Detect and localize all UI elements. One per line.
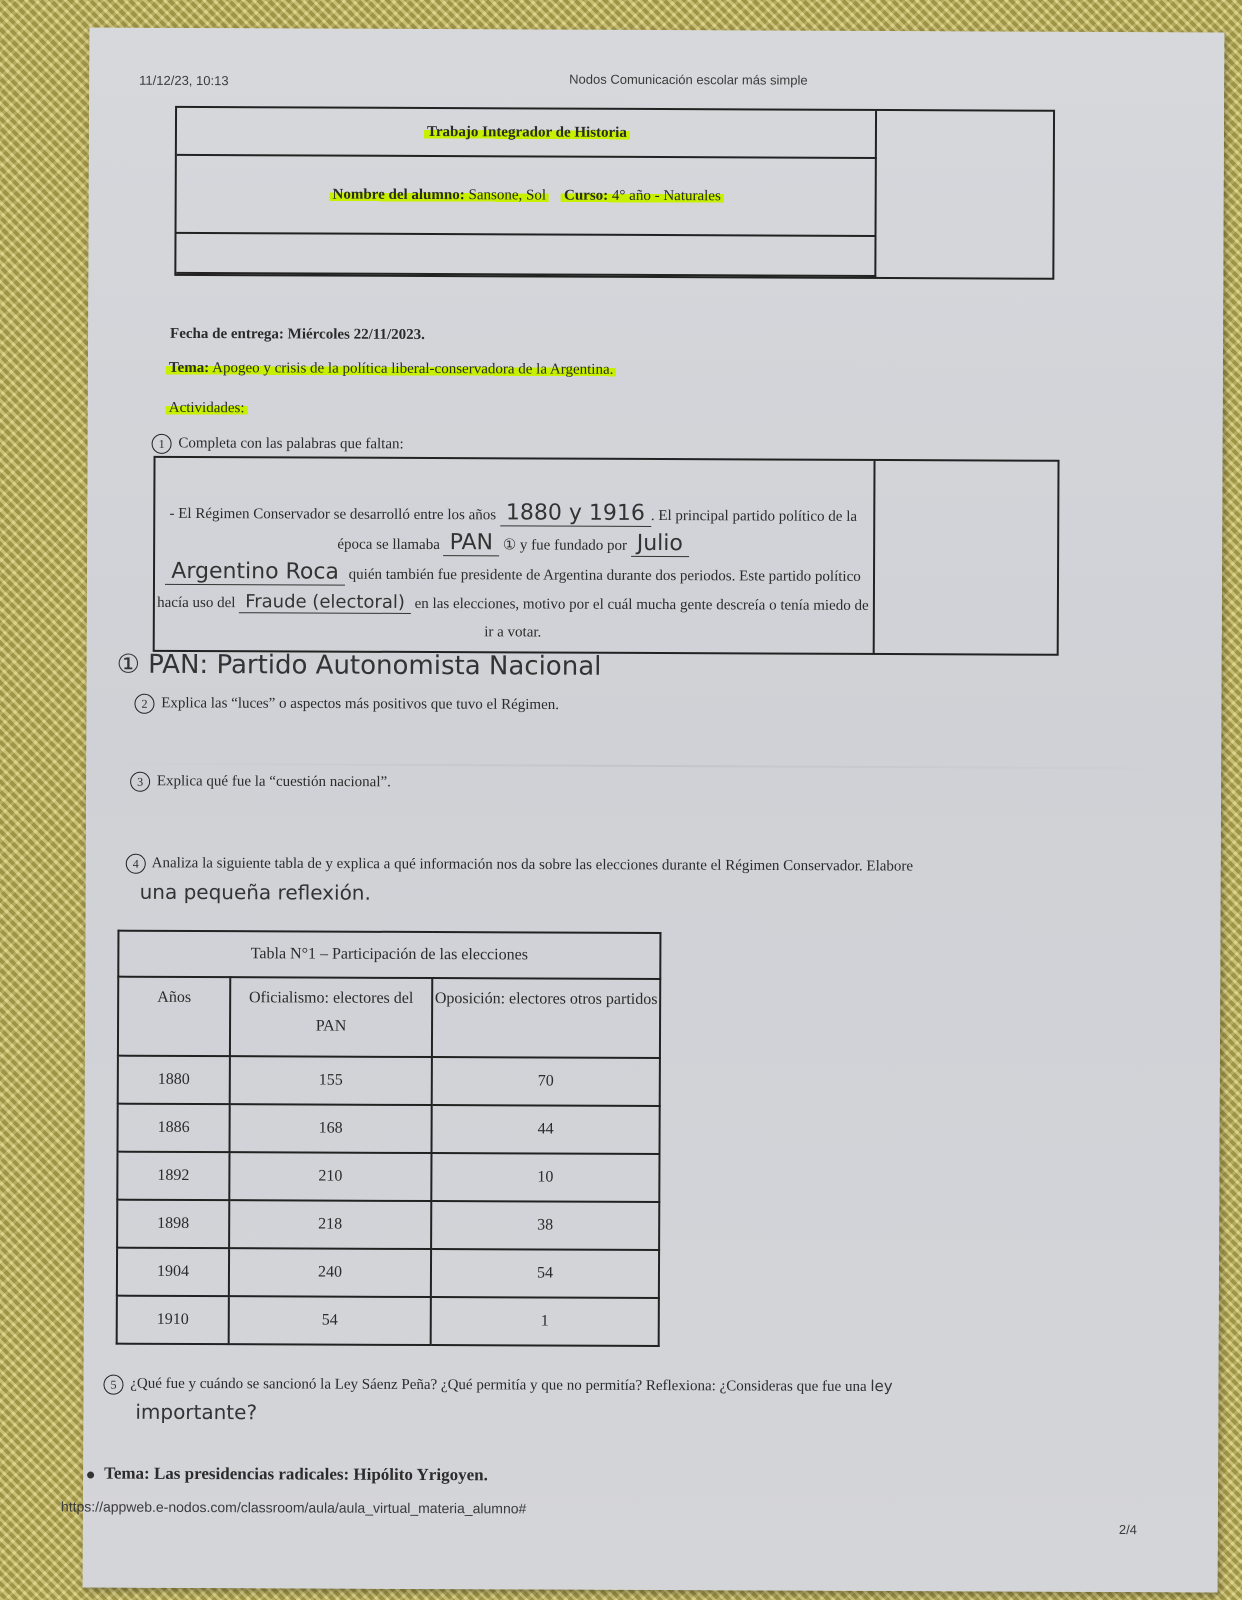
cell-year: 1880 bbox=[118, 1056, 230, 1104]
cell-opposition: 54 bbox=[431, 1249, 659, 1298]
print-url: https://appweb.e-nodos.com/classroom/aul… bbox=[61, 1498, 526, 1516]
activity-1-prompt: 1 Completa con las palabras que faltan: bbox=[152, 434, 404, 455]
cell-opposition: 1 bbox=[431, 1297, 659, 1346]
cell-opposition: 10 bbox=[431, 1153, 659, 1202]
header-box: Trabajo Integrador de Historia Nombre de… bbox=[174, 106, 1055, 280]
printed-page: 11/12/23, 10:13 Nodos Comunicación escol… bbox=[83, 28, 1225, 1593]
handwritten-footnote: ① PAN: Partido Autonomista Nacional bbox=[117, 650, 602, 682]
header-opposition: Oposición: electores otros partidos bbox=[432, 978, 660, 1058]
course-info: Curso: 4° año - Naturales bbox=[561, 187, 724, 205]
activity-2: 2 Explica las “luces” o aspectos más pos… bbox=[134, 694, 559, 716]
activity-2-text: Explica las “luces” o aspectos más posit… bbox=[161, 695, 559, 713]
activities-heading: Actividades: bbox=[166, 400, 248, 417]
cell-year: 1886 bbox=[118, 1104, 230, 1152]
fill-in-text: - El Régimen Conservador se desarrolló e… bbox=[155, 498, 872, 648]
fill-text-part-1: - El Régimen Conservador se desarrolló e… bbox=[169, 506, 496, 523]
activity-5-handwritten: importante? bbox=[135, 1400, 257, 1425]
table-row: 190424054 bbox=[117, 1248, 659, 1298]
paper-fold bbox=[86, 763, 1221, 770]
header-officialism: Oficialismo: electores del PAN bbox=[230, 977, 432, 1057]
header-side-cell bbox=[874, 111, 1053, 278]
activity-4-handwritten: una pequeña reflexión. bbox=[140, 880, 371, 905]
table-row: 189821838 bbox=[117, 1200, 659, 1250]
cell-officialism: 155 bbox=[230, 1056, 432, 1105]
header-years: Años bbox=[118, 977, 230, 1056]
activity-4-text: Analiza la siguiente tabla de y explica … bbox=[152, 855, 913, 874]
header-title-row: Trabajo Integrador de Historia bbox=[177, 108, 877, 159]
cell-officialism: 240 bbox=[229, 1248, 431, 1297]
cell-opposition: 38 bbox=[431, 1201, 659, 1250]
activity-5-text: ¿Qué fue y cuándo se sancionó la Ley Sáe… bbox=[130, 1376, 866, 1395]
cell-officialism: 210 bbox=[229, 1152, 431, 1201]
next-topic-text: Tema: Las presidencias radicales: Hipóli… bbox=[104, 1464, 488, 1485]
cell-opposition: 44 bbox=[432, 1105, 660, 1154]
cell-year: 1904 bbox=[117, 1248, 229, 1296]
question-number-2: 2 bbox=[134, 694, 154, 714]
cell-officialism: 54 bbox=[229, 1296, 431, 1345]
activity-3-text: Explica qué fue la “cuestión nacional”. bbox=[157, 773, 391, 790]
activity-3: 3 Explica qué fue la “cuestión nacional”… bbox=[130, 772, 391, 793]
question-number-1: 1 bbox=[152, 434, 172, 454]
cell-officialism: 168 bbox=[230, 1104, 432, 1153]
bullet-icon bbox=[87, 1471, 94, 1478]
fill-text-part-3: y fue fundado por bbox=[520, 537, 627, 553]
table-row: 189221010 bbox=[117, 1152, 659, 1202]
table-header-row: Años Oficialismo: electores del PAN Opos… bbox=[118, 977, 660, 1058]
print-site-title: Nodos Comunicación escolar más simple bbox=[569, 72, 808, 88]
assignment-title: Trabajo Integrador de Historia bbox=[424, 123, 630, 141]
answer-years[interactable]: 1880 y 1916 bbox=[500, 500, 651, 527]
activity-5: 5 ¿Qué fue y cuándo se sancionó la Ley S… bbox=[103, 1374, 1183, 1399]
topic-label: Tema: bbox=[169, 360, 209, 376]
table-caption: Tabla N°1 – Participación de las eleccio… bbox=[118, 931, 660, 979]
due-date: Fecha de entrega: Miércoles 22/11/2023. bbox=[170, 326, 425, 344]
cell-year: 1898 bbox=[117, 1200, 229, 1248]
cell-officialism: 218 bbox=[229, 1200, 431, 1249]
topic: Tema: Apogeo y crisis de la política lib… bbox=[166, 360, 617, 379]
cell-year: 1910 bbox=[117, 1296, 229, 1344]
course-label: Curso: bbox=[564, 187, 608, 203]
answer-practice[interactable]: Fraude (electoral) bbox=[239, 591, 411, 614]
table-row: 188015570 bbox=[118, 1056, 660, 1106]
activity-1-text: Completa con las palabras que faltan: bbox=[178, 435, 403, 452]
student-name: Sansone, Sol bbox=[468, 187, 546, 203]
course-value: 4° año - Naturales bbox=[612, 187, 721, 203]
party-footnote-mark: ① bbox=[503, 535, 517, 553]
header-empty-row bbox=[176, 234, 876, 277]
cell-opposition: 70 bbox=[432, 1057, 660, 1106]
print-datetime: 11/12/23, 10:13 bbox=[139, 73, 228, 88]
student-label: Nombre del alumno: bbox=[332, 186, 464, 203]
answer-founder-rest[interactable]: Argentino Roca bbox=[165, 559, 345, 586]
student-info: Nombre del alumno: Sansone, Sol bbox=[329, 186, 549, 204]
next-topic: Tema: Las presidencias radicales: Hipóli… bbox=[87, 1464, 488, 1486]
page-number: 2/4 bbox=[1119, 1522, 1137, 1537]
due-date-value: Miércoles 22/11/2023. bbox=[288, 326, 425, 343]
cell-year: 1892 bbox=[117, 1152, 229, 1200]
topic-value: Apogeo y crisis de la política liberal-c… bbox=[212, 360, 613, 378]
activity-5-handwritten-end: ley bbox=[870, 1377, 892, 1395]
fill-in-box: - El Régimen Conservador se desarrolló e… bbox=[153, 456, 1060, 656]
student-row: Nombre del alumno: Sansone, Sol Curso: 4… bbox=[177, 156, 877, 237]
answer-founder-first[interactable]: Julio bbox=[631, 531, 689, 557]
due-date-label: Fecha de entrega: bbox=[170, 326, 284, 342]
elections-table: Tabla N°1 – Participación de las eleccio… bbox=[116, 930, 662, 1347]
question-number-4: 4 bbox=[126, 854, 146, 874]
activity-4: 4 Analiza la siguiente tabla de y explic… bbox=[126, 854, 1166, 879]
table-row: 1910541 bbox=[117, 1296, 659, 1346]
answer-party[interactable]: PAN bbox=[444, 530, 499, 556]
table-row: 188616844 bbox=[118, 1104, 660, 1154]
fill-text-part-5: en las elecciones, motivo por el cuál mu… bbox=[415, 596, 869, 641]
fill-in-side-cell bbox=[873, 461, 1058, 654]
question-number-3: 3 bbox=[130, 772, 150, 792]
question-number-5: 5 bbox=[103, 1374, 123, 1394]
